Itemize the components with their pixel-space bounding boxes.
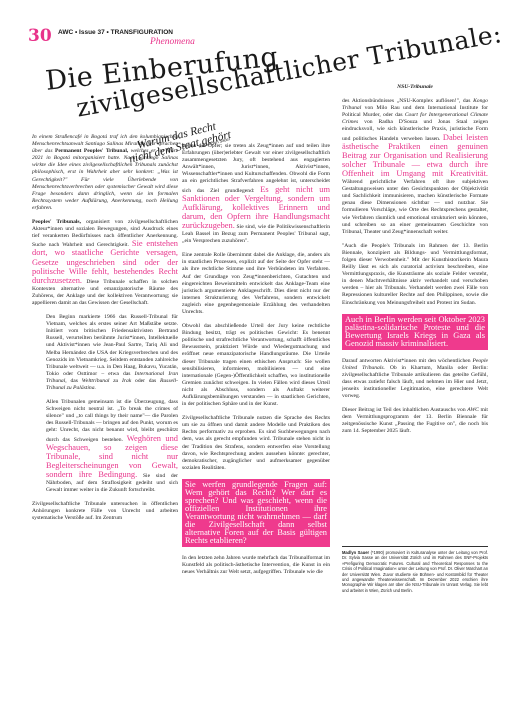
issue-line: AWC • Issue 37 • TRANSFIGURATION [58, 29, 173, 36]
text: Den Beginn markierte 1966 das Russell-Tr… [46, 314, 178, 377]
text: Dieser Beitrag ist Teil des inhaltlichen… [342, 407, 466, 413]
intro-rest: welches er im März 2021 in Bogotá mitorg… [32, 148, 178, 211]
paragraph: Zivilgesellschaftliche Tribunale nutzen … [182, 415, 330, 472]
text: In den letzten zehn Jahren wurde mehrfac… [182, 555, 330, 575]
paragraph: Eine zentrale Rolle übernimmt dabei die … [182, 252, 330, 316]
paragraph: In den letzten zehn Jahren wurde mehrfac… [182, 555, 330, 576]
paragraph: Peoples' Tribunals, organisiert von zivi… [32, 219, 178, 307]
text: Obwohl das abschließende Urteil der Jury… [182, 323, 330, 407]
bold-term: Peoples' Tribunals, [32, 219, 81, 225]
paragraph: Darauf antworten Aktivist*innen mit den … [342, 358, 488, 401]
italic-term: AWC [467, 407, 479, 413]
paragraph: Zivilgesellschaftliche Tribunale untersu… [32, 501, 178, 522]
section-label: Phenomena [150, 37, 195, 47]
text: oder das [135, 378, 156, 384]
pink-quote-box: Auch in Berlin werden seit Oktober 2023 … [342, 314, 488, 350]
intro-strong: Permanent Peoples' Tribunal, [55, 148, 128, 154]
text: Während gerichtliche Verfahren oft ihre … [342, 179, 488, 235]
paragraph: Dieser Beitrag ist Teil des inhaltlichen… [342, 407, 488, 435]
italic-term: Welttribunal zu Irak [82, 378, 132, 384]
paragraph: Obwohl das abschließende Urteil der Jury… [182, 323, 330, 408]
paragraph: "Auch die People's Tribunals im Rahmen d… [342, 243, 488, 307]
paragraph: Allen Tribunalen gemeinsam ist die Überz… [32, 399, 178, 494]
text: das [70, 378, 77, 384]
bio-text: (*1990) promoviert in Kulturanalyse unte… [342, 550, 488, 593]
paragraph: stehen die Opfer; sie treten als Zeug*in… [182, 143, 330, 245]
paragraph: Den Beginn markierte 1966 das Russell-Tr… [32, 314, 178, 392]
text: Darauf antworten Aktivist*innen mit den … [342, 358, 471, 364]
page-number: 30 [28, 26, 52, 46]
column-1: In einem Straßencafé in Bogotá traf ich … [32, 134, 178, 530]
bio-name: Madlyn Sauer [342, 550, 369, 555]
text: des Aktionsbündnisses „NSU-Komplex auflö… [342, 98, 470, 104]
text: Zivilgesellschaftliche Tribunale untersu… [32, 501, 178, 521]
paragraph: des Aktionsbündnisses „NSU-Komplex auflö… [342, 98, 488, 236]
intro-paragraph: In einem Straßencafé in Bogotá traf ich … [32, 134, 178, 212]
pink-quote-box: Sie werfen grundlegende Fragen auf: Wem … [182, 479, 330, 547]
column-3: NSU-Tribunale des Aktionsbündnisses „NSU… [342, 84, 488, 443]
column-heading: NSU-Tribunale [342, 84, 488, 91]
author-bio: Madlyn Sauer (*1990) promoviert in Kultu… [342, 546, 488, 593]
text: "Auch die People's Tribunals im Rahmen d… [342, 243, 488, 306]
column-2: stehen die Opfer; sie treten als Zeug*in… [182, 143, 330, 583]
text: Zivilgesellschaftliche Tribunale nutzen … [182, 415, 330, 471]
text: Eine zentrale Rolle übernimmt dabei die … [182, 252, 330, 315]
